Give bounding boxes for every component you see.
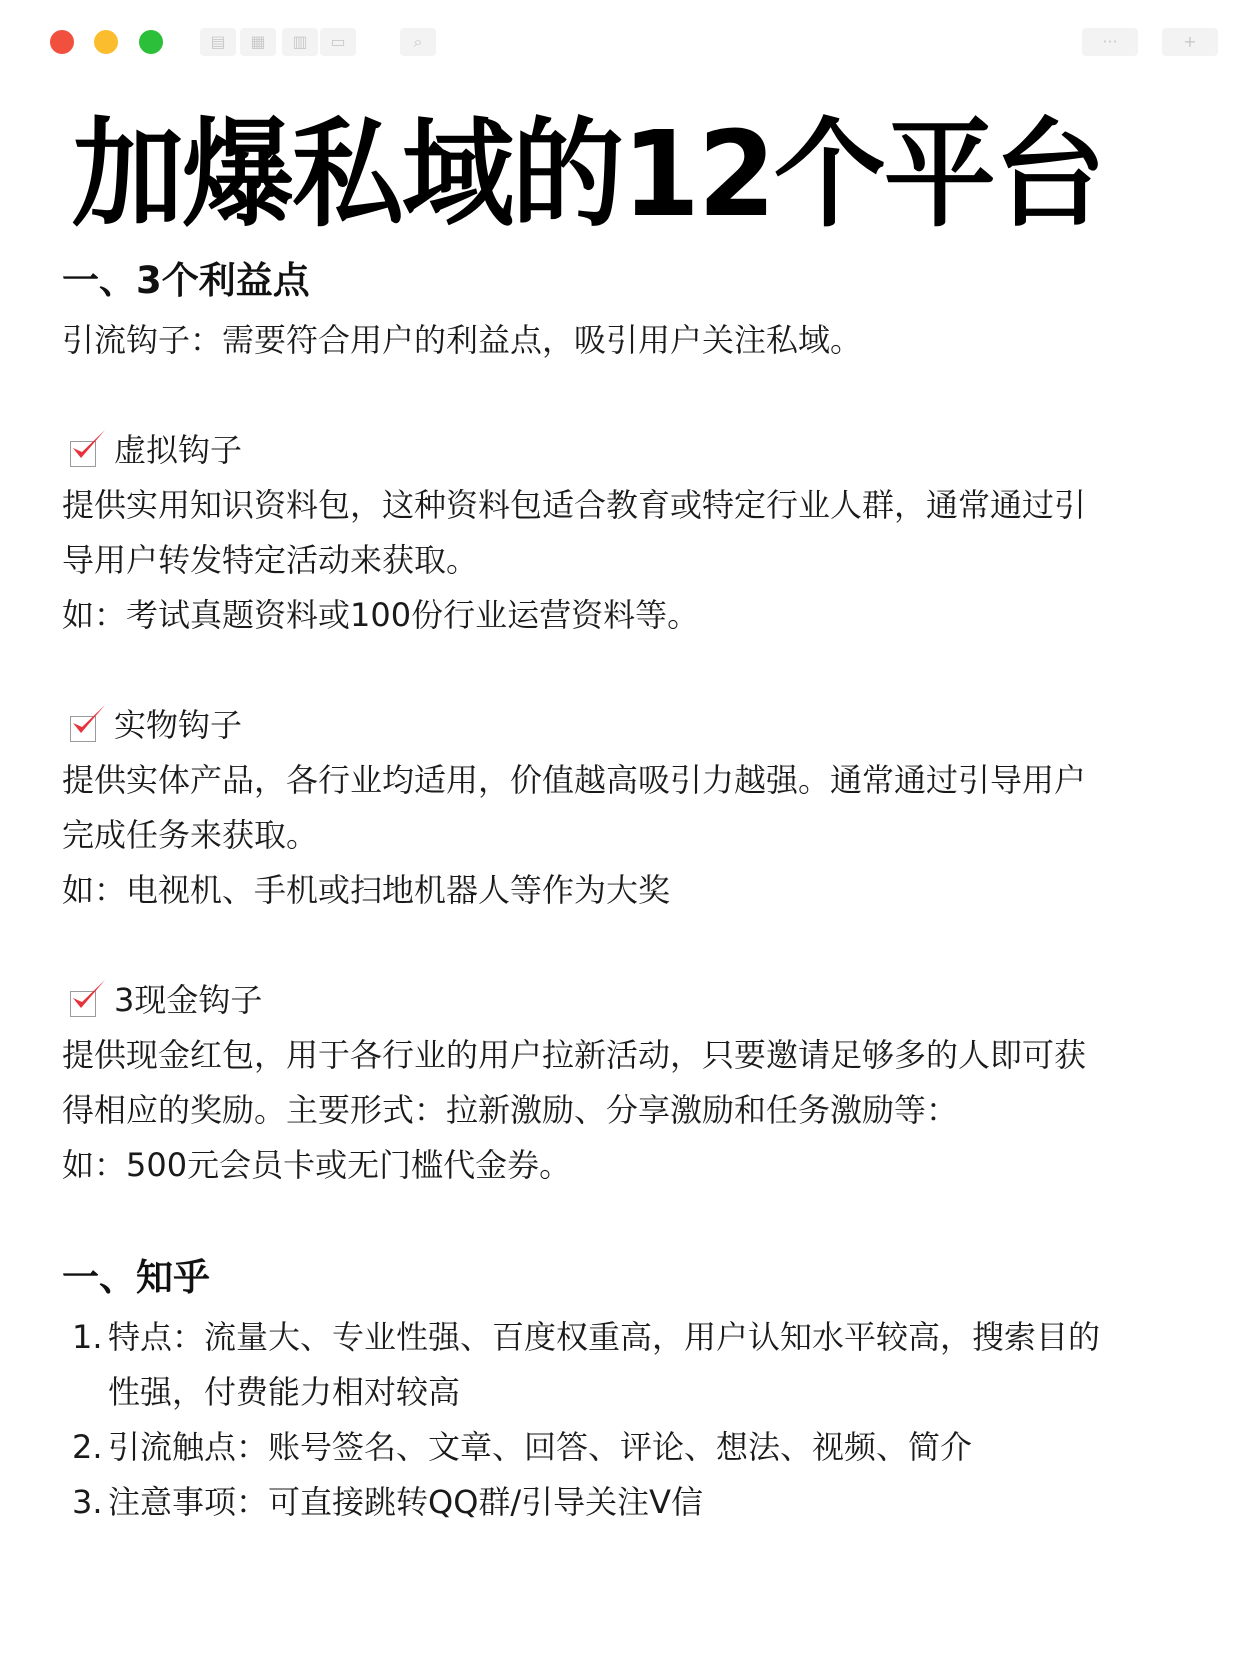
hook-example-line: 如：电视机、手机或扫地机器人等作为大奖 xyxy=(62,866,670,914)
hook-physical: 实物钩子 xyxy=(70,701,242,749)
search-icon[interactable]: ⌕ xyxy=(400,28,436,56)
section-heading-zhihu: 一、知乎 xyxy=(62,1253,210,1303)
hook-example-line: 如：考试真题资料或100份行业运营资料等。 xyxy=(62,591,699,639)
watermark xyxy=(342,600,817,1100)
list-number: 2. xyxy=(72,1423,108,1471)
hook-label: 实物钩子 xyxy=(114,701,242,749)
hook-description-line: 得相应的奖励。主要形式：拉新激励、分享激励和任务激励等： xyxy=(62,1086,958,1134)
list-item: 3.注意事项：可直接跳转QQ群/引导关注V信 xyxy=(72,1478,703,1526)
hook-description-line: 完成任务来获取。 xyxy=(62,811,318,859)
checkbox-checked-icon xyxy=(70,991,96,1017)
add-icon[interactable]: + xyxy=(1162,28,1218,56)
zoom-window-button[interactable] xyxy=(139,30,163,54)
minimize-window-button[interactable] xyxy=(94,30,118,54)
more-options-icon[interactable]: ··· xyxy=(1082,28,1138,56)
page-title: 加爆私域的12个平台 xyxy=(72,102,1182,249)
column-view-icon[interactable]: ▭ xyxy=(320,28,356,56)
hook-description-line: 提供实用知识资料包，这种资料包适合教育或特定行业人群，通常通过引 xyxy=(62,481,1086,529)
hook-label: 3现金钩子 xyxy=(114,976,262,1024)
hook-label: 虚拟钩子 xyxy=(114,426,242,474)
hook-description-line: 提供实体产品，各行业均适用，价值越高吸引力越强。通常通过引导用户 xyxy=(62,756,1086,804)
list-item: 1.特点：流量大、专业性强、百度权重高，用户认知水平较高，搜索目的 xyxy=(72,1313,1100,1361)
hook-description-line: 提供现金红包，用于各行业的用户拉新活动，只要邀请足够多的人即可获 xyxy=(62,1031,1086,1079)
hook-virtual: 虚拟钩子 xyxy=(70,426,242,474)
section-heading-benefits: 一、3个利益点 xyxy=(62,256,310,306)
grid-view-icon[interactable]: ▦ xyxy=(240,28,276,56)
checkbox-checked-icon xyxy=(70,441,96,467)
gallery-view-icon[interactable]: ▥ xyxy=(282,28,318,56)
hook-cash: 3现金钩子 xyxy=(70,976,262,1024)
list-text: 引流触点：账号签名、文章、回答、评论、想法、视频、简介 xyxy=(108,1428,972,1466)
list-number: 3. xyxy=(72,1478,108,1526)
list-number: 1. xyxy=(72,1313,108,1361)
window-titlebar: ▤ ▦ ▥ ▭ ⌕ ··· + xyxy=(0,0,1242,80)
list-text: 特点：流量大、专业性强、百度权重高，用户认知水平较高，搜索目的 xyxy=(108,1318,1100,1356)
close-window-button[interactable] xyxy=(50,30,74,54)
intro-text: 引流钩子：需要符合用户的利益点，吸引用户关注私域。 xyxy=(62,316,862,364)
checkbox-checked-icon xyxy=(70,716,96,742)
list-item: 2.引流触点：账号签名、文章、回答、评论、想法、视频、简介 xyxy=(72,1423,972,1471)
list-text: 注意事项：可直接跳转QQ群/引导关注V信 xyxy=(108,1483,703,1521)
list-view-icon[interactable]: ▤ xyxy=(200,28,236,56)
list-item-continuation: 性强，付费能力相对较高 xyxy=(108,1368,460,1416)
hook-description-line: 导用户转发特定活动来获取。 xyxy=(62,536,478,584)
hook-example-line: 如：500元会员卡或无门槛代金券。 xyxy=(62,1141,571,1189)
